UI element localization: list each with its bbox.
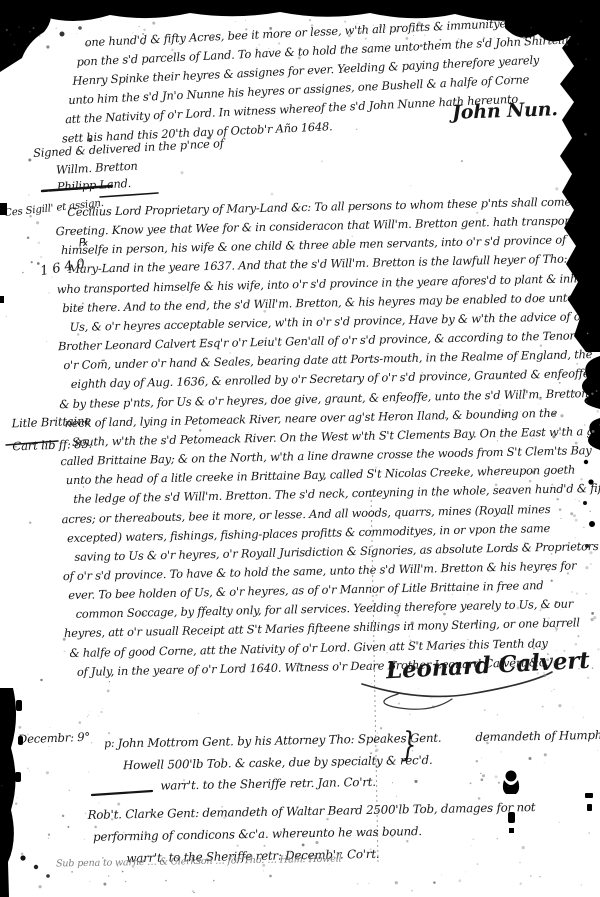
margin-december-note: Decembr: 9° bbox=[18, 730, 90, 747]
signature-john-nun: John Nun. bbox=[452, 98, 558, 124]
entry-text: demandeth of Humphry, bbox=[475, 725, 600, 749]
spacer bbox=[441, 741, 475, 742]
attestation-block: Signed & delivered in the p'nce of Willm… bbox=[33, 135, 226, 197]
margin-per-mark: p: bbox=[104, 737, 115, 751]
deed-conclusion-paragraph: one hund'd & fifty Acres, bee it more or… bbox=[84, 10, 596, 147]
scan-edge-left-bottom bbox=[0, 203, 50, 897]
patent-paragraph: Cecilius Lord Proprietary of Mary-Land &… bbox=[67, 191, 600, 682]
brace-icon: } bbox=[401, 725, 416, 765]
manuscript-page: one hund'd & fifty Acres, bee it more or… bbox=[0, 0, 600, 897]
court-entry-mottrom: John Mottrom Gent. by his Attorney Tho: … bbox=[117, 725, 600, 798]
